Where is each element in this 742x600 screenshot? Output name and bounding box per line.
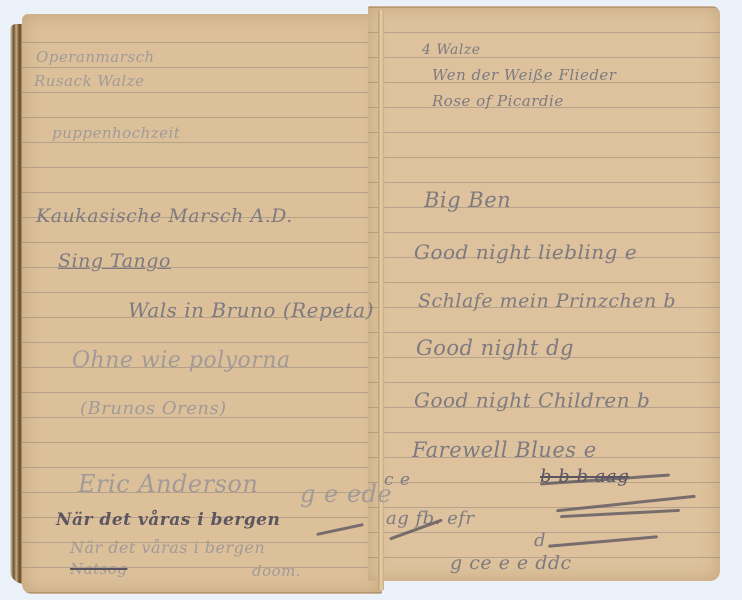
left-line-2: Rusack Walze [34,72,145,90]
left-line-6: Wals in Bruno (Repeta) [128,298,374,322]
right-line-14: g ce e e ddc [450,552,572,574]
left-line-12: När det våras i bergen [70,538,265,557]
left-line-4: Kaukasische Marsch A.D. [36,205,293,227]
right-line-3: Rose of Picardie [432,92,564,110]
left-line-13: Natsog [70,560,127,578]
left-line-3: puppenhochzeit [52,124,180,142]
right-line-6: Schlafe mein Prinzchen b [418,290,676,312]
left-line-11: När det våras i bergen [56,510,280,530]
left-line-8: (Brunos Orens) [80,398,227,419]
left-line-10: g e ede [300,480,392,508]
right-line-4: Big Ben [424,188,511,212]
right-line-2: Wen der Weiße Flieder [432,66,616,84]
left-line-14: doom. [252,562,301,580]
right-line-1: 4 Walze [422,42,481,58]
right-line-13: d [534,530,546,551]
right-line-8: Good night Children b [414,388,650,412]
left-line-1: Operanmarsch [36,48,155,66]
right-line-7: Good night dg [416,336,574,360]
right-line-9: Farewell Blues e [412,438,597,462]
right-line-5: Good night liebling e [414,240,637,264]
right-line-10: c e [384,470,411,490]
left-line-7: Ohne wie polyorna [72,348,291,373]
left-line-9: Eric Anderson [78,470,258,498]
notebook-photo: Operanmarsch Rusack Walze puppenhochzeit… [0,0,742,600]
left-line-5: Sing Tango [58,250,171,272]
